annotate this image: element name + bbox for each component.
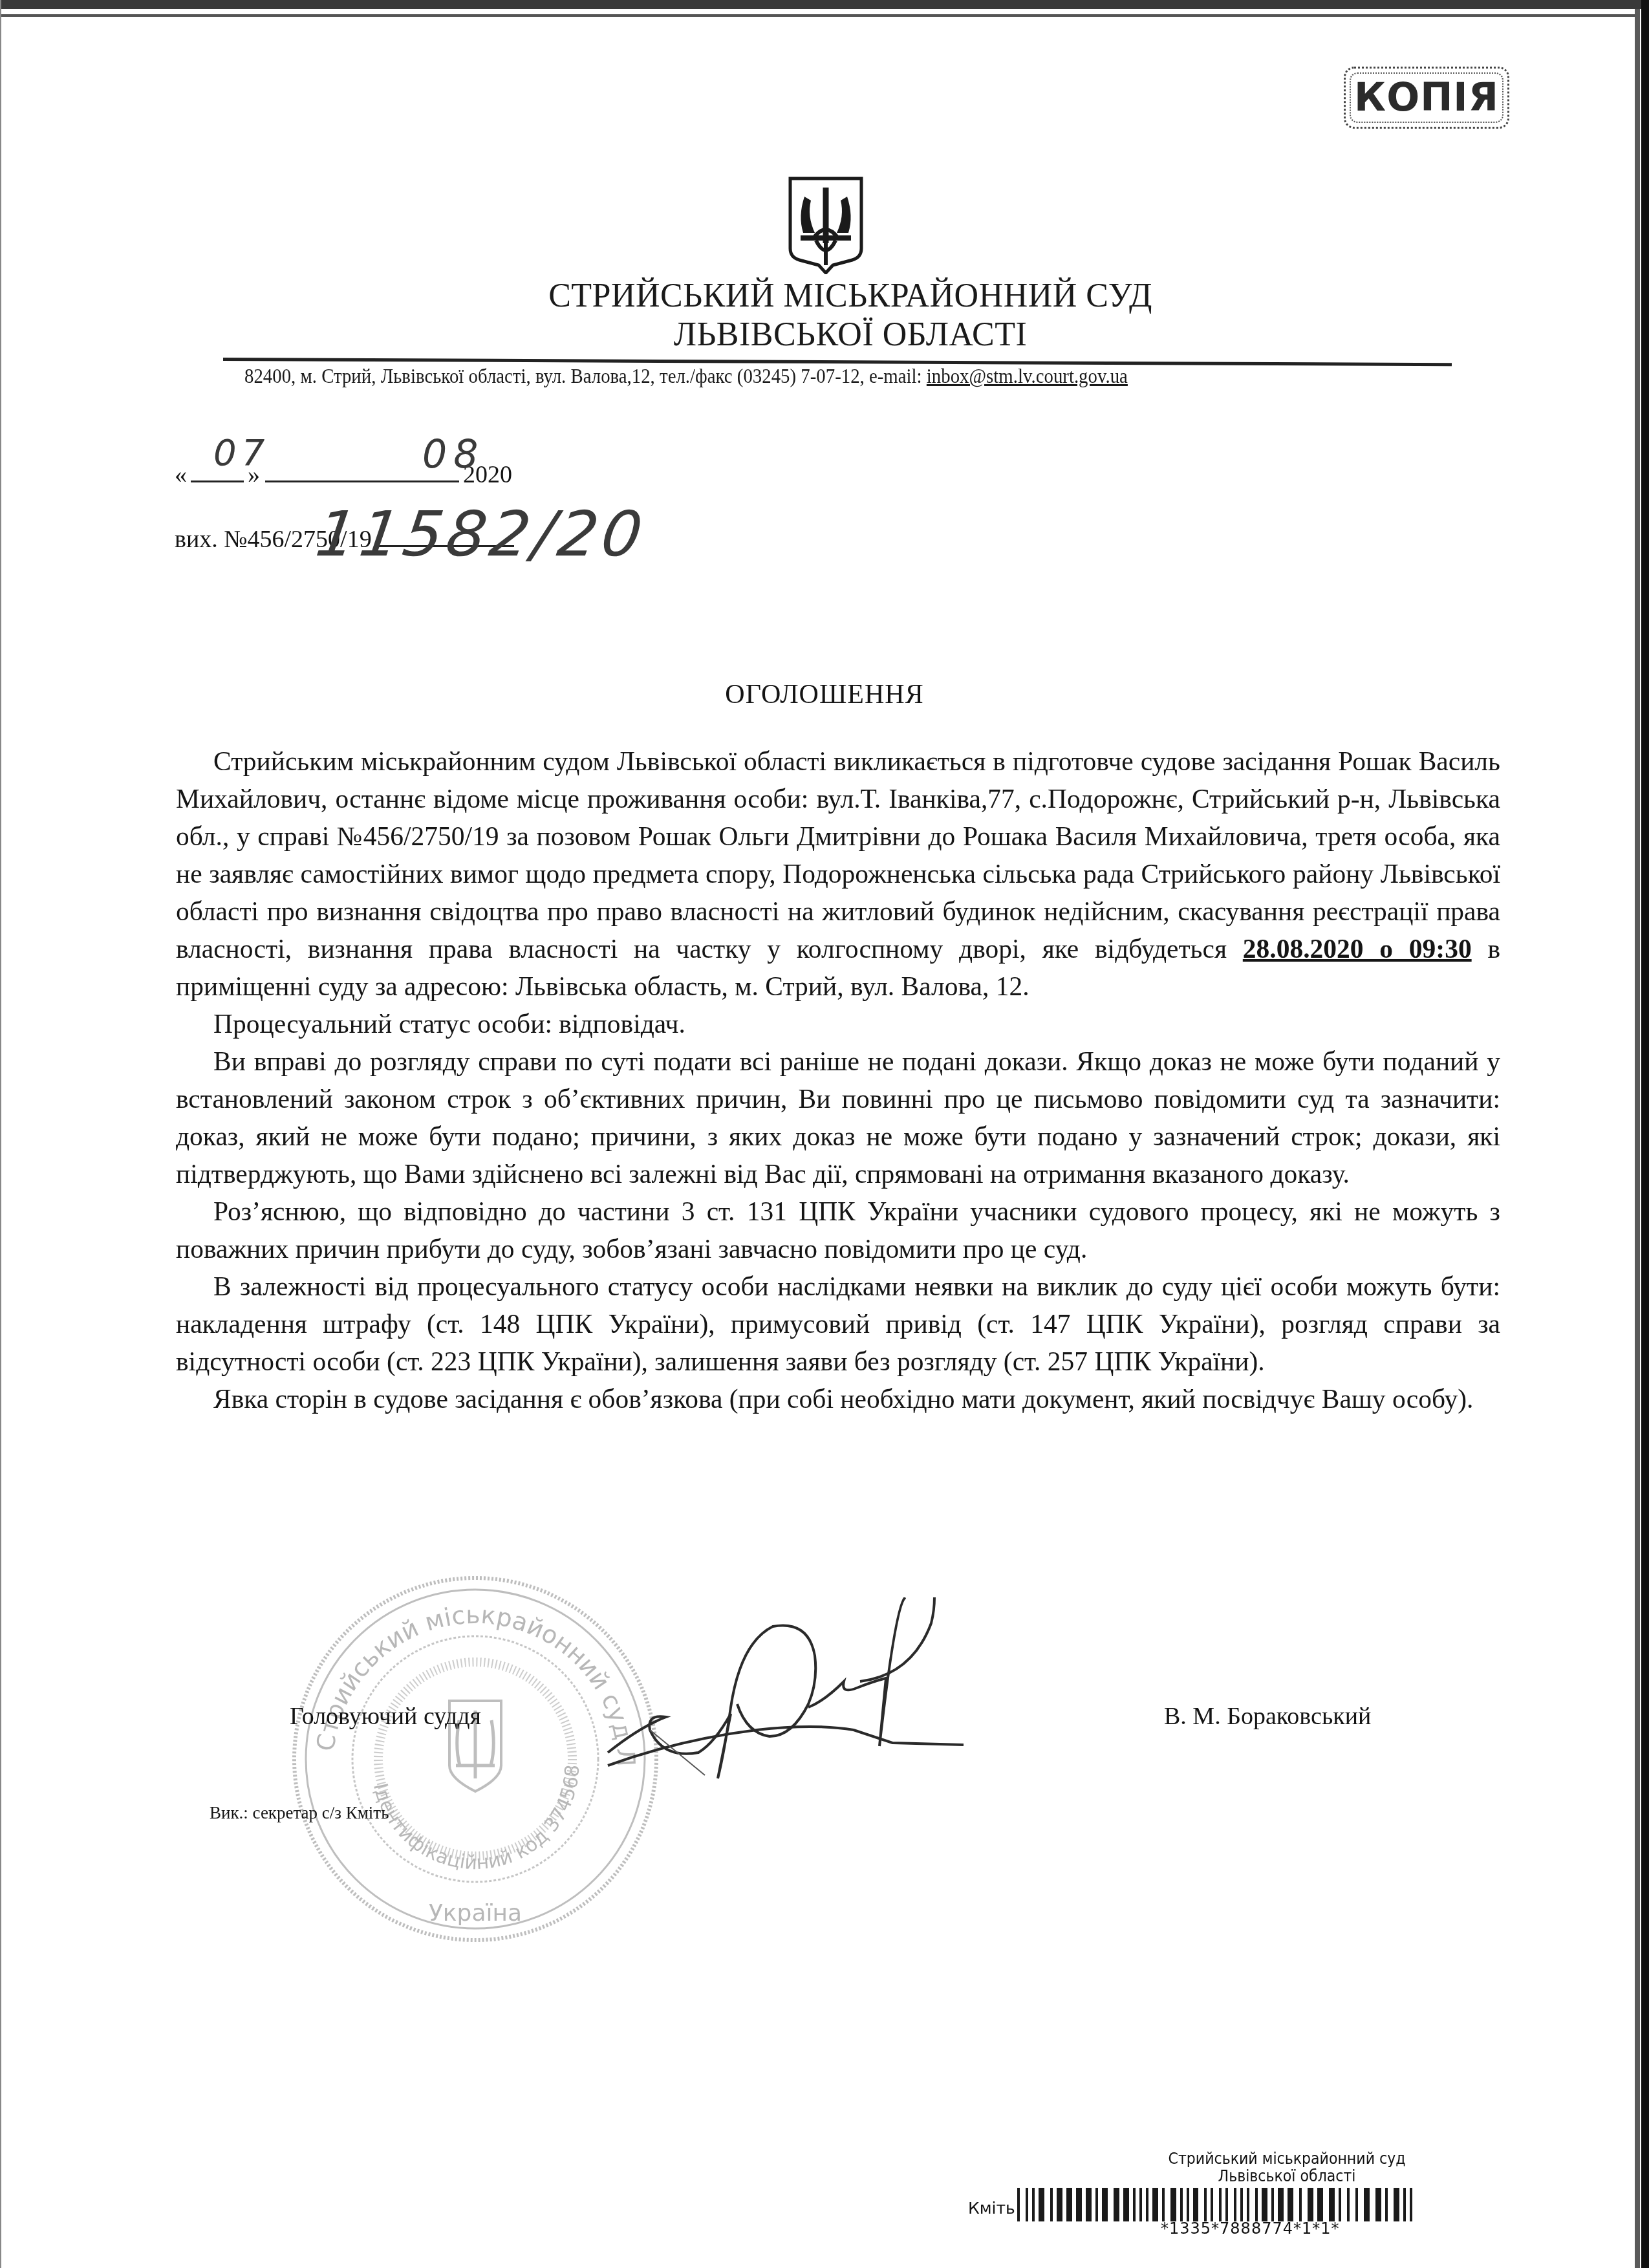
court-address-text: 82400, м. Стрий, Львівської області, вул…: [244, 365, 927, 387]
barcode-court-line-2: Львівської області: [1138, 2168, 1436, 2185]
seal-country: Україна: [429, 1900, 522, 1927]
paragraph-attendance: Явка сторін в судове засідання є обов’яз…: [176, 1380, 1500, 1418]
seal-outer-text: Стрийський міськрайонний суд Львівської …: [288, 1571, 640, 1767]
barcode-clerk-name: Кміть: [968, 2199, 1015, 2218]
court-address: 82400, м. Стрий, Львівської області, вул…: [244, 365, 1128, 388]
document-barcode: [1017, 2188, 1418, 2221]
paragraph-consequences: В залежності від процесуального статусу …: [176, 1268, 1500, 1380]
paragraph-status: Процесуальний статус особи: відповідач.: [176, 1005, 1500, 1042]
presiding-judge-label: Головуючий суддя: [290, 1702, 481, 1731]
trident-coat-of-arms-icon: [788, 176, 864, 274]
judge-signature-icon: [601, 1597, 1002, 1811]
scan-edge-top-line: [0, 14, 1636, 17]
handwritten-reference-number: 11582/20: [312, 498, 651, 570]
paragraph-evidence: Ви вправі до розгляду справи по суті под…: [176, 1042, 1500, 1193]
handwritten-day: 07: [213, 432, 270, 474]
barcode-court-name: Стрийський міськрайонний суд Львівської …: [1138, 2150, 1436, 2185]
executor-note: Вик.: секретар с/з Кміть: [210, 1803, 389, 1823]
barcode-number: *1335*7888774*1*1*: [1161, 2219, 1340, 2238]
notice-body: Стрийським міськрайонним судом Львівсько…: [176, 742, 1500, 1418]
judge-name: В. М. Бораковський: [1164, 1702, 1371, 1731]
summons-text: Стрийським міськрайонним судом Львівсько…: [176, 746, 1500, 964]
court-name-line-1: СТРИЙСЬКИЙ МІСЬКРАЙОННИЙ СУД: [26, 279, 1649, 313]
scan-edge-top: [0, 0, 1649, 9]
paragraph-summons: Стрийським міськрайонним судом Львівсько…: [176, 742, 1500, 1005]
copy-stamp: КОПІЯ: [1344, 67, 1509, 129]
notice-title: ОГОЛОШЕННЯ: [0, 679, 1649, 710]
quote-open: «: [175, 461, 187, 488]
handwritten-month: 08: [422, 432, 484, 477]
hearing-datetime: 28.08.2020 о 09:30: [1243, 934, 1472, 964]
paragraph-explanation: Роз’яснюю, що відповідно до частини 3 ст…: [176, 1193, 1500, 1268]
court-email-link[interactable]: inbox@stm.lv.court.gov.ua: [927, 365, 1128, 387]
day-blank: [191, 481, 244, 482]
month-blank: [265, 481, 459, 482]
court-name-line-2: ЛЬВІВСЬКОЇ ОБЛАСТІ: [26, 318, 1649, 352]
scan-edge-left: [0, 0, 1, 2268]
barcode-court-line-1: Стрийський міськрайонний суд: [1138, 2150, 1436, 2168]
copy-stamp-label: КОПІЯ: [1354, 75, 1499, 120]
